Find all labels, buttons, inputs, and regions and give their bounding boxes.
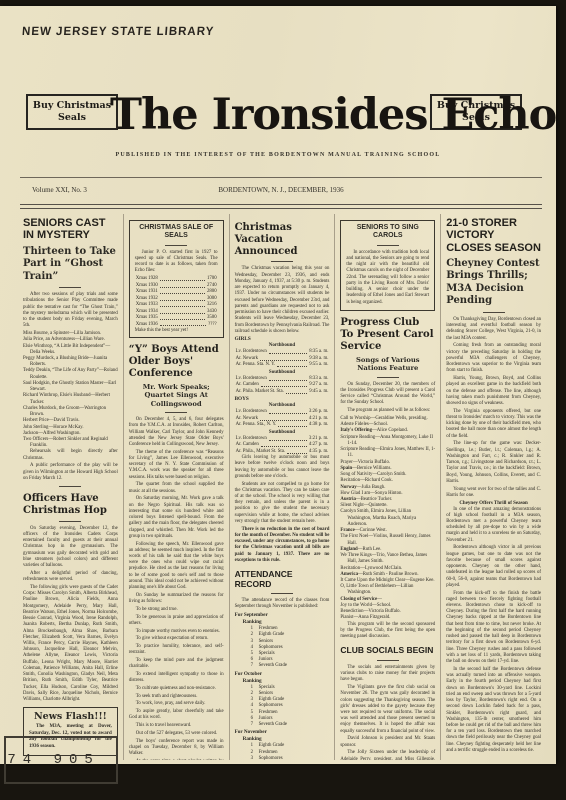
schedule-value: 9:45 a. m. — [309, 389, 328, 395]
accession-number: 974 905 — [0, 752, 100, 768]
schedule-row: Ar. Phila. Market St. Sta.9:45 a. m. — [236, 389, 329, 395]
list-line: Scripture Reading—Elmira Jones, Matthew … — [340, 447, 435, 459]
dot-leader — [269, 353, 307, 354]
program-lead: Closing of Service — [340, 597, 377, 602]
paragraph: To seek truth and righteousness. — [129, 694, 224, 700]
library-stamp: NEW JERSEY STATE LIBRARY — [22, 26, 215, 39]
dot-leader — [261, 386, 307, 387]
sub-label: Southbound — [235, 430, 330, 435]
paragraph: To impute worthy motives even to enemies… — [129, 629, 224, 635]
dot-leader — [286, 393, 307, 394]
paragraph: On Sunday he summarized the reasons for … — [129, 593, 224, 605]
section-label: Ranking — [235, 736, 330, 742]
divider — [271, 261, 293, 262]
paragraph: At the same time a short playlet written… — [129, 759, 224, 760]
divider — [483, 312, 505, 313]
paragraph: The socials and entertainments given by … — [340, 665, 435, 684]
paragraph: Out of the 527 delegates, 53 were colore… — [129, 731, 224, 737]
schedule-value: 4:38 p. m. — [309, 422, 328, 428]
list-line: Charles Murdock, the Groom—Warrington Br… — [23, 406, 118, 418]
paragraph: Junior P. O. started first in 1927 to sp… — [135, 250, 218, 275]
paragraph: On Saturday morning, Mr. Work gave a tal… — [129, 496, 224, 540]
schedule-label: Ar. Phila. Market St. Sta. — [236, 389, 284, 395]
list-line: Richard Winthrop, Elsie's Husband—Herber… — [23, 393, 118, 405]
section-label: For September — [235, 612, 330, 618]
dot-leader — [269, 440, 307, 441]
paragraph: A public performance of the play will be… — [23, 463, 118, 482]
paragraph: To work, love, pray, and serve daily. — [129, 701, 224, 707]
divider — [59, 486, 81, 487]
dot-leader — [287, 453, 307, 454]
article-headline: “Y” Boys Attend Older Boys' Conference — [129, 344, 224, 379]
article-headline: SENIORS CAST IN MYSTERY — [23, 217, 118, 242]
rank-number: 3 — [251, 756, 259, 760]
paragraph: The quartet from the school supplied the… — [129, 482, 224, 494]
article-deck: Songs of Various Nations Feature — [344, 356, 431, 373]
article-headline: ATTENDANCE RECORD — [235, 570, 330, 589]
list-line: Elsie Winthrop, “A Little Bit Independen… — [23, 344, 118, 356]
seal-box-line2: Seals — [30, 112, 114, 124]
list-line: O, Little Town of Bethlehem—Lillian Wash… — [340, 584, 435, 596]
article-headline: Officers Have Christmas Hop — [23, 493, 118, 517]
column-4: SENIORS TO SING CAROLSIn accordance with… — [334, 214, 440, 760]
column-2: CHRISTMAS SALE OF SEALSJunior P. O. star… — [123, 214, 229, 760]
sub-label: Northbound — [235, 403, 330, 408]
section-label: For October — [235, 671, 330, 677]
paragraph: There is no reduction in the cost of boa… — [235, 527, 330, 564]
rank-line: 3Sophomores — [235, 756, 330, 760]
paragraph: The program as planned will be as follow… — [340, 408, 435, 414]
paragraph: After a delightful period of dancing, re… — [23, 571, 118, 583]
paragraph: The Christmas vacation being this year o… — [235, 266, 330, 335]
list-line: Scripture Reading—Anna Montgomery, Luke … — [340, 435, 435, 447]
section-label: Ranking — [235, 678, 330, 684]
divider — [377, 245, 399, 246]
list-line: Make this the best year yet! — [135, 328, 218, 334]
divider — [165, 412, 187, 413]
paragraph: From the kick-off to the finish the batt… — [446, 591, 541, 666]
paragraph: In the second half the Bordentown defens… — [446, 667, 541, 754]
program-lead: Norway — [340, 485, 356, 490]
dot-leader — [160, 325, 206, 326]
schedule-label: Xmas 1936 — [136, 322, 158, 328]
sub-label: Northbound — [235, 343, 330, 348]
divider — [377, 377, 399, 378]
schedule-label: Ar. Penna. Sta. N. Y. — [236, 362, 276, 368]
dot-leader — [160, 313, 205, 314]
paragraph: The attendance record of the classes fro… — [235, 598, 330, 610]
paragraph: On Sunday, December 20, the members of t… — [340, 382, 435, 407]
section-label: For November — [235, 729, 330, 735]
accession-stamp: 974 905 — [4, 736, 118, 784]
list-line: Saul Hodgkin, the Ghostly Station Master… — [23, 381, 118, 393]
article-headline: CLUB SOCIALS BEGIN — [340, 646, 435, 656]
paragraph: On Thanksgiving Day, Bordentown closed a… — [446, 317, 541, 342]
dot-leader — [160, 319, 205, 320]
paragraph: To aspire greatly, labor cheerfully and … — [129, 709, 224, 721]
paragraph: David Johnson is president and Mr. Staat… — [340, 736, 435, 748]
paragraph: After two sessions of play trials and so… — [23, 292, 118, 329]
dot-leader — [160, 300, 205, 301]
paragraph: Rehearsals will begin directly after Chr… — [23, 449, 118, 461]
list-line: The First Noel—Violins, Russell Henry, J… — [340, 534, 435, 546]
list-line: Carolyn Smith, Elmira Jones, Lillian Was… — [340, 509, 435, 528]
divider — [377, 660, 399, 661]
paragraph: This program will be the second sponsore… — [340, 622, 435, 641]
box-title: CHRISTMAS SALE OF SEALS — [135, 224, 218, 241]
paragraph: The theme of the conference was “Reasons… — [129, 450, 224, 481]
dot-leader — [278, 426, 307, 427]
paragraph: Harris, Young, Brown, Boyd, and Collins … — [446, 376, 541, 407]
divider — [271, 593, 293, 594]
schedule-value: ???? — [208, 322, 217, 328]
column-layout: SENIORS CAST IN MYSTERYThirteen to Take … — [18, 214, 546, 760]
dot-leader — [160, 280, 205, 281]
paragraph: On Saturday evening, December 12, the of… — [23, 526, 118, 570]
paragraph: Bordentown although victor in all previo… — [446, 545, 541, 589]
article-headline: 21-0 STORER VICTORY CLOSES SEASON — [446, 217, 541, 254]
dot-leader — [261, 446, 307, 447]
rank-line: 7Seventh Grade — [235, 663, 330, 669]
paragraph: On December 4, 5, and 6, four delegates … — [129, 417, 224, 448]
paragraph: The boys' conference report was made in … — [129, 739, 224, 758]
program-lead: England — [340, 547, 357, 552]
article-deck: Thirteen to Take Part in “Ghost Train” — [23, 246, 118, 284]
paragraph: The Vigilants gave the first club social… — [340, 685, 435, 735]
rank-number: 7 — [251, 663, 259, 669]
divider — [59, 521, 81, 522]
divider — [59, 287, 81, 288]
newspaper-subtitle: PUBLISHED IN THE INTEREST OF THE BORDENT… — [0, 152, 556, 158]
paragraph: To give without expectation of return. — [129, 636, 224, 642]
list-line: We Three Kings—Trio, Vance Bethea, James… — [340, 553, 435, 565]
paragraph: Following the speech, Mr. Ellenwood gave… — [129, 542, 224, 592]
seal-box-line1: Buy Christmas — [30, 100, 114, 112]
paragraph: To extend intelligent sympathy to those … — [129, 672, 224, 684]
dot-leader — [269, 413, 307, 414]
sub-label: Southbound — [235, 370, 330, 375]
paragraph: To cultivate quietness and non-resistanc… — [129, 686, 224, 692]
paragraph: The following girls were guests of the C… — [23, 585, 118, 703]
paragraph: The Jolly Sixteen under the leadership o… — [340, 750, 435, 760]
paragraph: Coming fresh from an outstanding moral v… — [446, 343, 541, 374]
scan-frame: NEW JERSEY STATE LIBRARY Buy Christmas S… — [0, 0, 566, 800]
article-headline: Progress Club To Present Carol Service — [340, 317, 435, 352]
paragraph: To practice humility, tolerance, and sel… — [129, 644, 224, 656]
paragraph: Students are not compelled to go home fo… — [235, 482, 330, 526]
program-lead: France — [340, 528, 354, 533]
column-3: Christmas Vacation AnnouncedThe Christma… — [229, 214, 335, 760]
masthead-double-rule — [20, 204, 542, 209]
paragraph: To be strong and true. — [129, 607, 224, 613]
section-label: Ranking — [235, 619, 330, 625]
dot-leader — [269, 380, 307, 381]
list-line: Julia Price, an Adventuress—Lillian Ware… — [23, 337, 118, 343]
divider — [165, 245, 187, 246]
dateline: BORDENTOWN, N. J., DECEMBER, 1936 — [20, 186, 542, 194]
program-lead: Italy's Offering — [340, 428, 372, 433]
schedule-row: Ar. Penna. Sta. N. Y.9:55 a. m. — [236, 362, 329, 368]
paragraph: To keep the mind pure and the judgment c… — [129, 658, 224, 670]
dot-leader — [277, 366, 307, 367]
column-1: SENIORS CAST IN MYSTERYThirteen to Take … — [18, 214, 123, 760]
paragraph: The Virginia opponents offered, but one … — [446, 409, 541, 440]
dot-leader — [260, 420, 307, 421]
boxed-item: SENIORS TO SING CAROLSIn accordance with… — [340, 220, 435, 311]
schedule-row: Ar. Penna. Sta., N. Y.4:38 p. m. — [236, 422, 329, 428]
dateline-row: Volume XXI, No. 3 BORDENTOWN, N. J., DEC… — [20, 184, 542, 198]
list-line: Peggy Murdock, a Blushing Bride—Juanita … — [23, 356, 118, 368]
dot-leader — [160, 306, 205, 307]
boxed-item: CHRISTMAS SALE OF SEALSJunior P. O. star… — [129, 220, 224, 338]
list-line: Teddy Deakin, “The Life of Any Party”—Ro… — [23, 368, 118, 380]
newspaper-title: The Ironsides Echo — [110, 90, 446, 140]
schedule-label: Ar. Penna. Sta., N. Y. — [236, 422, 277, 428]
dot-leader — [260, 360, 307, 361]
sub-label: Cheyney Offers Thrill of Season — [446, 501, 541, 506]
schedule-value: 9:55 a. m. — [309, 362, 328, 368]
list-line: Two Officers—Robert Sinkler and Reginald… — [23, 437, 118, 449]
masthead-rule — [20, 177, 542, 178]
paragraph: To be generous in praise and appreciatio… — [129, 615, 224, 627]
seal-box-left: Buy Christmas Seals — [26, 94, 118, 130]
rank-number: 7 — [251, 722, 259, 728]
rank-line: 7Seventh Grade — [235, 722, 330, 728]
paragraph: This is to travel heavenward. — [129, 723, 224, 729]
program-lead: Austria — [340, 497, 355, 502]
box-title: SENIORS TO SING CAROLS — [346, 224, 429, 241]
program-lead: Spain — [340, 466, 352, 471]
program-lead: America — [340, 572, 358, 577]
paragraph: In accordance with tradition both local … — [346, 250, 429, 306]
newspaper-page: NEW JERSEY STATE LIBRARY Buy Christmas S… — [0, 6, 556, 764]
box-title: News Flash!!! — [29, 711, 112, 722]
article-headline: Christmas Vacation Announced — [235, 222, 330, 257]
article-deck: Mr. Work Speaks; Quartet Sings At Collin… — [133, 383, 220, 408]
column-5: 21-0 STORER VICTORY CLOSES SEASONCheyney… — [440, 214, 546, 760]
paragraph: Young went over for two of the tallies a… — [446, 487, 541, 499]
article-deck: Cheyney Contest Brings Thrills; M3A Deci… — [446, 258, 541, 308]
paragraph: In one of the most amazing demonstration… — [446, 507, 541, 544]
paragraph: The line-up for the game was: Decker-Sne… — [446, 441, 541, 485]
dot-leader — [160, 287, 205, 288]
section-label: BOYS — [235, 396, 330, 402]
section-label: GIRLS — [235, 336, 330, 342]
paragraph: Girls leaving by automobile or bus must … — [235, 455, 330, 480]
dot-leader — [160, 293, 205, 294]
